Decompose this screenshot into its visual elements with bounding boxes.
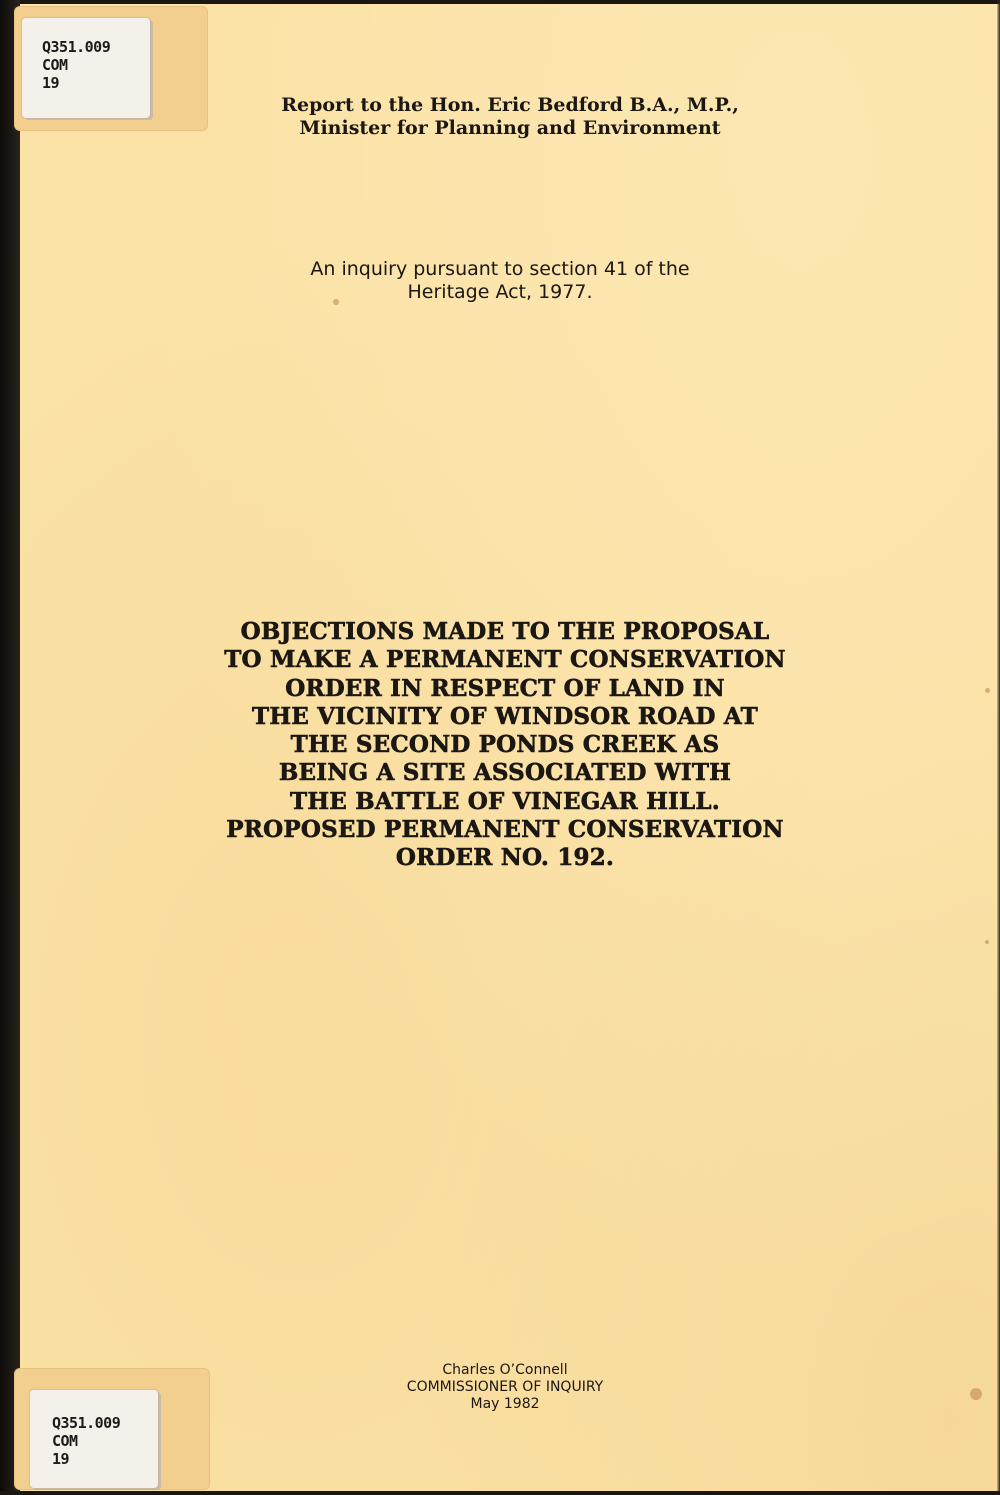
addressee-line: Minister for Planning and Environment (20, 117, 1000, 140)
title-line: TO MAKE A PERMANENT CONSERVATION (10, 646, 1000, 674)
title-line: THE SECOND PONDS CREEK AS (10, 731, 1000, 759)
call-number-line: 19 (42, 74, 150, 92)
call-number-line: COM (42, 56, 150, 74)
call-number-line: 19 (52, 1450, 158, 1468)
title-line: BEING A SITE ASSOCIATED WITH (10, 759, 1000, 787)
top-edge (0, 0, 1000, 4)
title-line: ORDER NO. 192. (10, 844, 1000, 872)
document-cover: Q351.009 COM 19 Report to the Hon. Eric … (0, 0, 1000, 1495)
call-number-line: Q351.009 (52, 1414, 158, 1432)
addressee-block: Report to the Hon. Eric Bedford B.A., M.… (0, 94, 1000, 140)
bottom-edge (0, 1491, 1000, 1495)
title-line: PROPOSED PERMANENT CONSERVATION (10, 816, 1000, 844)
stain-spot (970, 1388, 982, 1400)
stain-spot (985, 688, 990, 693)
stain-spot (333, 299, 339, 305)
call-number-label-bottom: Q351.009 COM 19 (30, 1390, 158, 1488)
stain-spot (985, 940, 989, 944)
title-line: ORDER IN RESPECT OF LAND IN (10, 675, 1000, 703)
call-number-line: Q351.009 (42, 38, 150, 56)
title-line: OBJECTIONS MADE TO THE PROPOSAL (10, 618, 1000, 646)
title-line: THE VICINITY OF WINDSOR ROAD AT (10, 703, 1000, 731)
inquiry-line: An inquiry pursuant to section 41 of the (0, 258, 1000, 281)
document-title: OBJECTIONS MADE TO THE PROPOSAL TO MAKE … (0, 618, 1000, 873)
inquiry-statement: An inquiry pursuant to section 41 of the… (0, 258, 1000, 304)
addressee-line: Report to the Hon. Eric Bedford B.A., M.… (20, 94, 1000, 117)
inquiry-line: Heritage Act, 1977. (0, 281, 1000, 304)
title-line: THE BATTLE OF VINEGAR HILL. (10, 788, 1000, 816)
call-number-line: COM (52, 1432, 158, 1450)
